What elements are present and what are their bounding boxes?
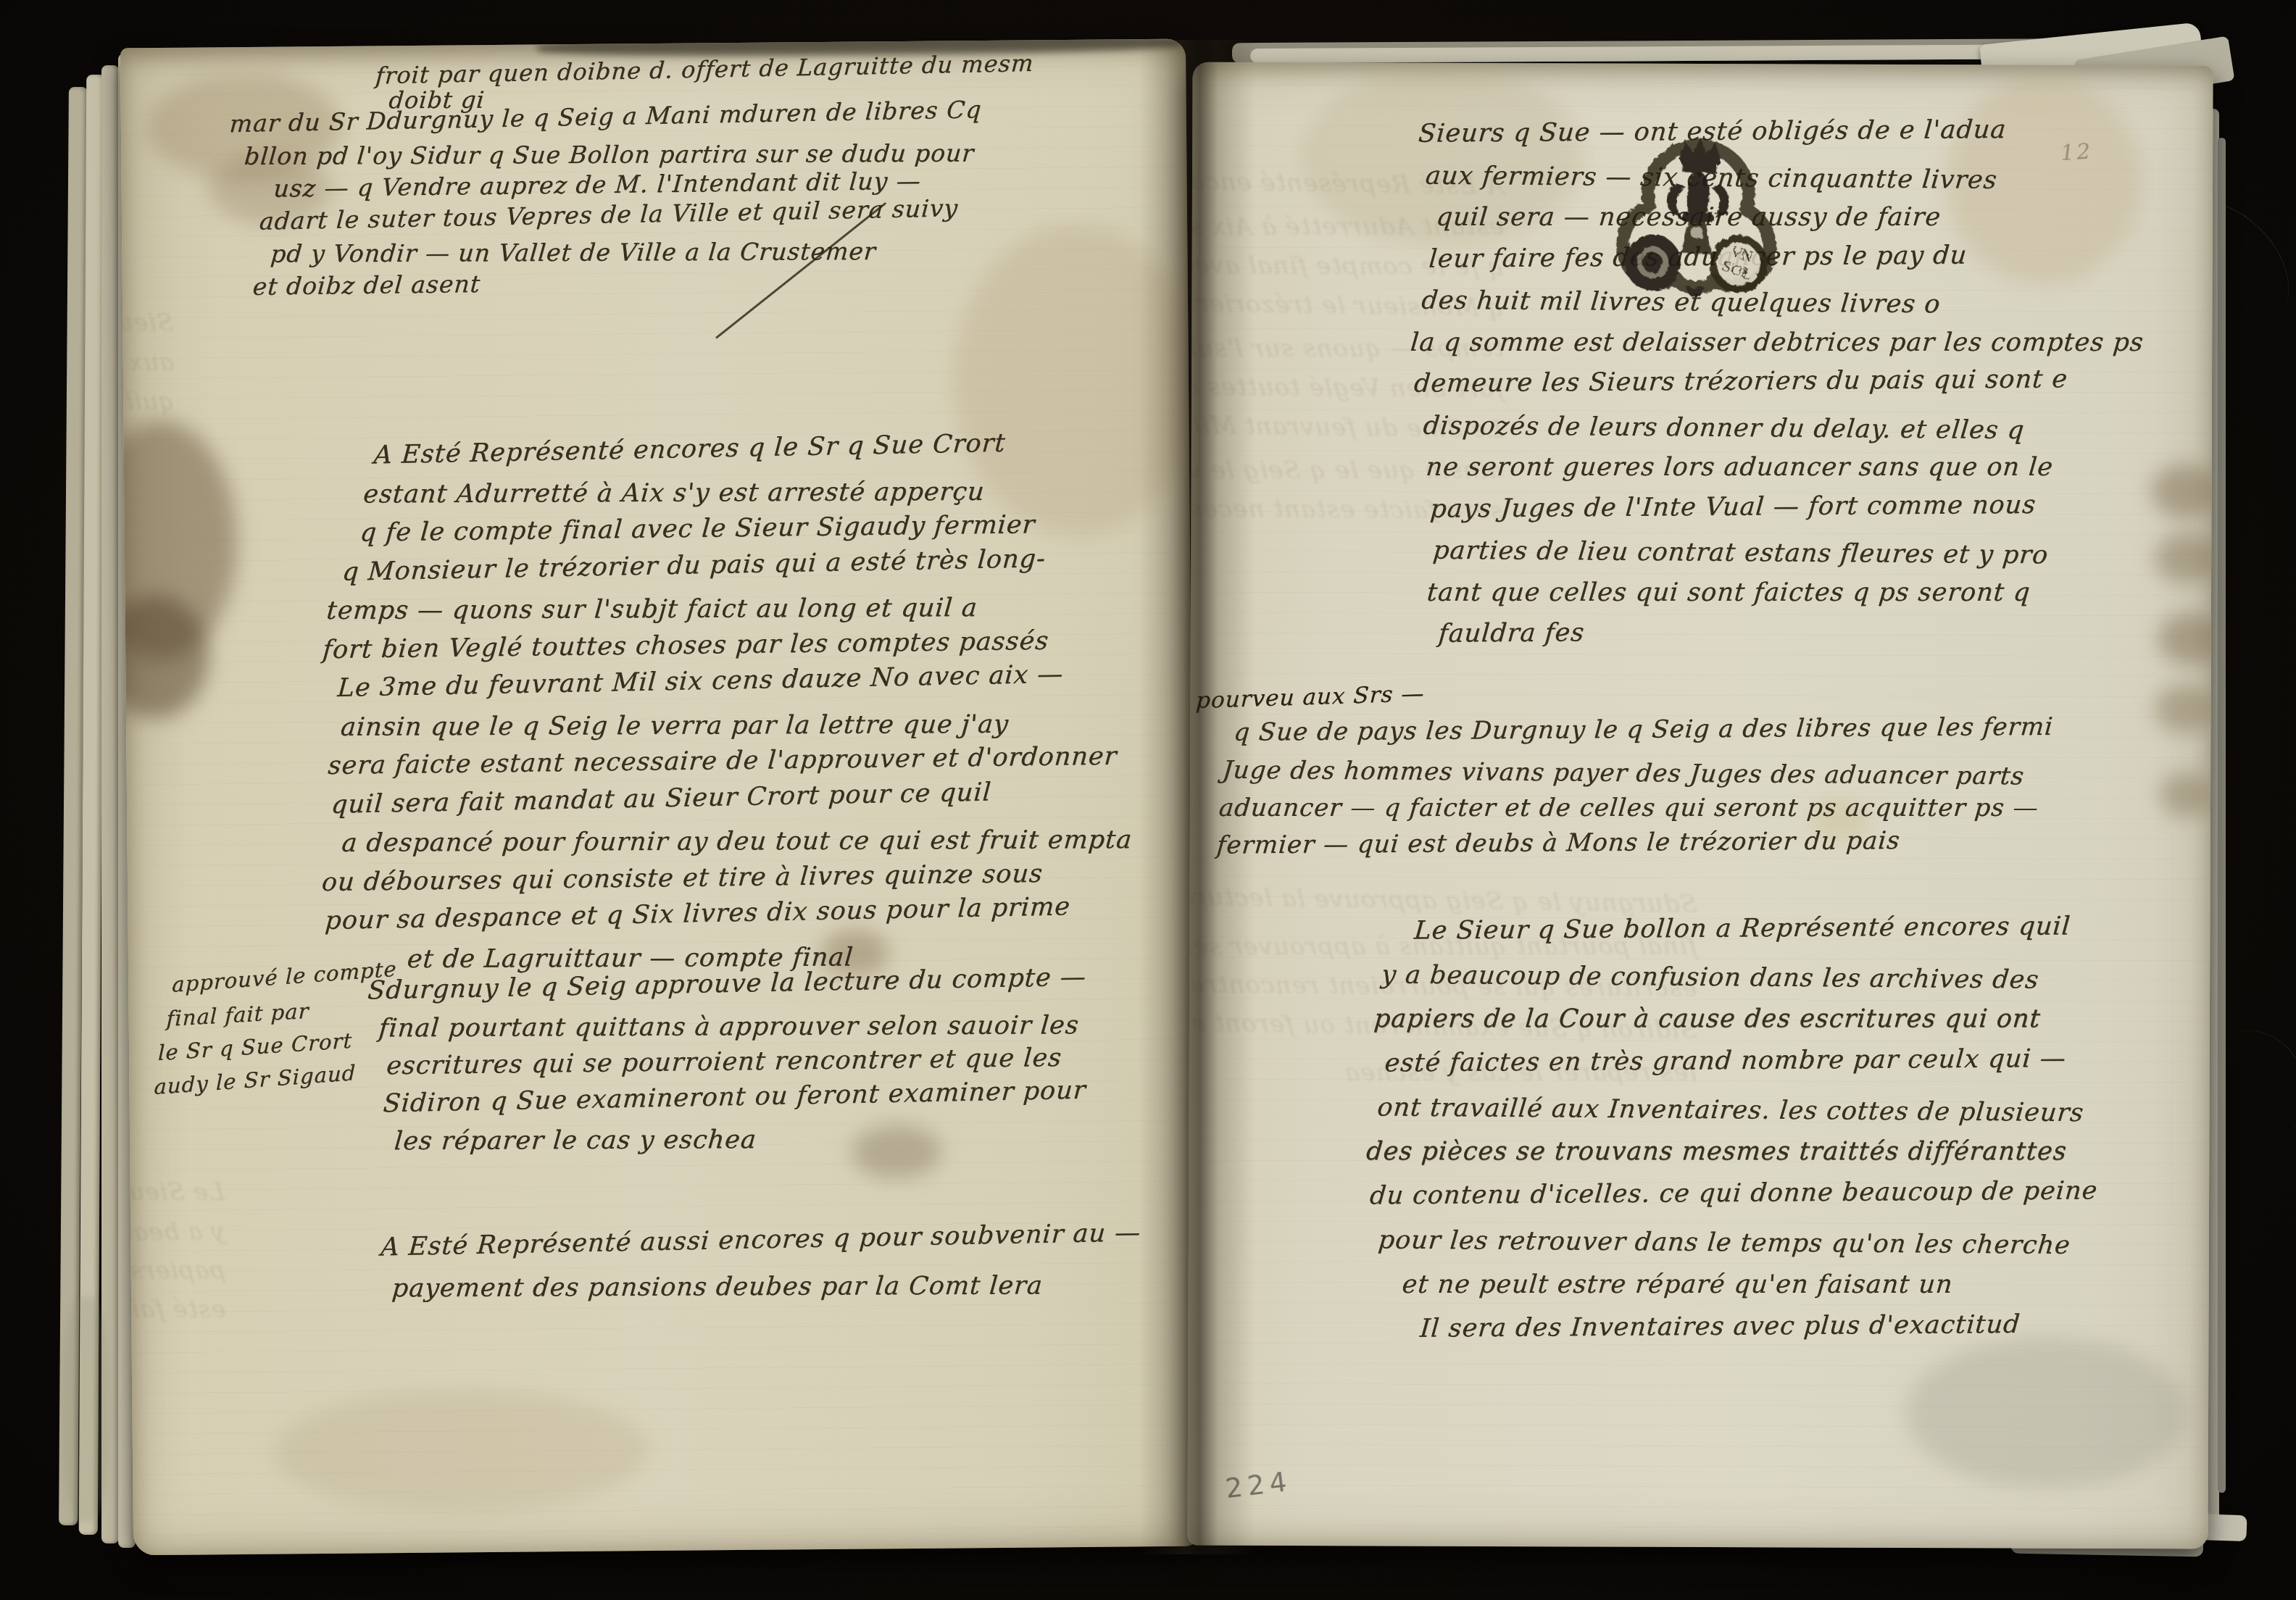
right-manuscript-page: A Esté Représenté encores q le Sr q Sue …: [1187, 62, 2213, 1549]
manuscript-line: des pièces se trouvans mesmes traittés d…: [1365, 1137, 2068, 1166]
manuscript-line: du contenu d'icelles. ce qui donne beauc…: [1369, 1176, 2099, 1210]
photographed-manuscript-scene: froit par quen doibne d. offert de Lagru…: [0, 0, 2296, 1600]
manuscript-line: fermier — qui est deubs à Mons le trézor…: [1215, 826, 1901, 860]
manuscript-line: papiers de la Cour à cause des escriture…: [1373, 1004, 2042, 1033]
ghost-text-line: y a beaucoup de confusion dans les archi…: [120, 1217, 226, 1253]
manuscript-line: pays Juges de l'Inte Vual — fort comme n…: [1429, 490, 2037, 523]
edge-stain: [62, 1297, 109, 1522]
ghost-text-line: esté faictes en très grand nombre par ce…: [120, 1294, 227, 1324]
ghost-text-line: aux fermiers — six cents cinquantte livr…: [120, 348, 175, 383]
manuscript-line: Juge des hommes vivans payer des Juges d…: [1221, 756, 2026, 791]
manuscript-line: fauldra fes: [1437, 618, 1586, 648]
left-manuscript-page: froit par quen doibne d. offert de Lagru…: [120, 39, 1199, 1556]
manuscript-line: dispozés de leurs donner du delay. et el…: [1422, 411, 2026, 445]
manuscript-line: y a beaucoup de confusion dans les archi…: [1380, 960, 2040, 994]
manuscript-line: parties de lieu contrat estans fleures e…: [1431, 536, 2050, 570]
page-stack-edge: [2218, 138, 2226, 1493]
manuscript-line: demeure les Sieurs trézoriers du pais qu…: [1413, 364, 2068, 398]
folio-number: 12: [2060, 138, 2093, 166]
ghost-text-line: quil sera — necessaire aussy de faire: [120, 387, 175, 417]
gutter-shadow: [1139, 40, 1255, 1554]
manuscript-line: aduancer — q faicter et de celles qui se…: [1218, 793, 2039, 822]
manuscript-line: esté faictes en très grand nombre par ce…: [1384, 1044, 2067, 1078]
manuscript-line: q Sue de pays les Durgnuy le q Seig a de…: [1233, 712, 2055, 747]
ghost-text-line: Sieurs q Sue — ont esté obligés de e l'a…: [120, 308, 175, 337]
manuscript-line: ont travaillé aux Inventaires. les cotte…: [1376, 1093, 2085, 1128]
ghost-text-line: Le Sieur q Sue bollon a Représenté encor…: [120, 1177, 225, 1206]
page-stack-edge: [101, 65, 119, 1543]
manuscript-line: pour les retrouver dans le temps qu'on l…: [1377, 1225, 2072, 1259]
manuscript-line: Il sera des Inventaires avec plus d'exac…: [1419, 1310, 2021, 1343]
manuscript-line: et ne peult estre réparé qu'en faisant u…: [1401, 1270, 1954, 1299]
show-through-text: Sieurs q Sue — ont esté obligés de e l'a…: [120, 39, 1199, 1556]
manuscript-line: ne seront gueres lors aduancer sans que …: [1425, 453, 2055, 482]
manuscript-line: Le Sieur q Sue bollon a Représenté encor…: [1413, 912, 2072, 945]
manuscript-line: la q somme est delaisser debtrices par l…: [1409, 328, 2145, 357]
ghost-text-line: papiers de la Cour à cause des escriture…: [120, 1256, 227, 1288]
manuscript-line: tant que celles qui sont faictes q ps se…: [1426, 578, 2031, 607]
un-sol-ink-stamp-icon: VN SOL: [1600, 122, 1794, 324]
